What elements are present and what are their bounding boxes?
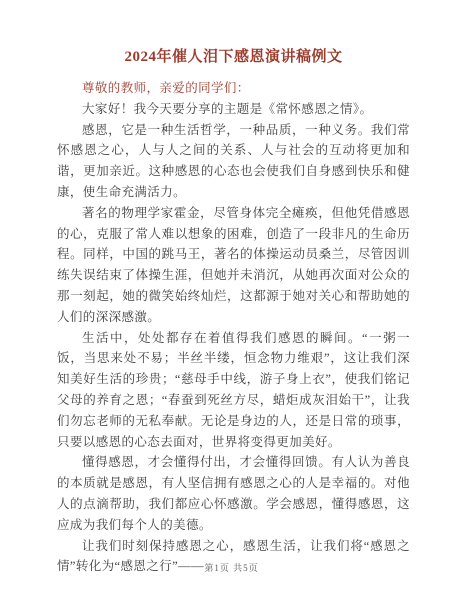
document-page: 2024年催人泪下感恩演讲稿例文 尊敬的教师，亲爱的同学们： 大家好！我今天要分… [0,0,463,600]
salutation-line: 尊敬的教师，亲爱的同学们： [57,78,410,99]
paragraph-gratitude-philosophy: 感恩，它是一种生活哲学，一种品质，一种义务。我们常怀感恩之心，人与人之间的关系、… [57,120,410,203]
page-number-footer: 第1页 共5页 [0,561,463,574]
paragraph-examples: 著名的物理学家霍金，尽管身体完全瘫痪，但他凭借感恩的心，克服了常人难以想象的困难… [57,203,410,328]
document-title: 2024年催人泪下感恩演讲稿例文 [57,46,410,68]
paragraph-understanding-gratitude: 懂得感恩，才会懂得付出，才会懂得回馈。有人认为善良的本质就是感恩，有人坚信拥有感… [57,452,410,535]
paragraph-opening: 大家好！我今天要分享的主题是《常怀感恩之情》。 [57,99,410,120]
paragraph-daily-moments: 生活中，处处都存在着值得我们感恩的瞬间。“一粥一饭，当思来处不易；半丝半缕，恒念… [57,328,410,453]
